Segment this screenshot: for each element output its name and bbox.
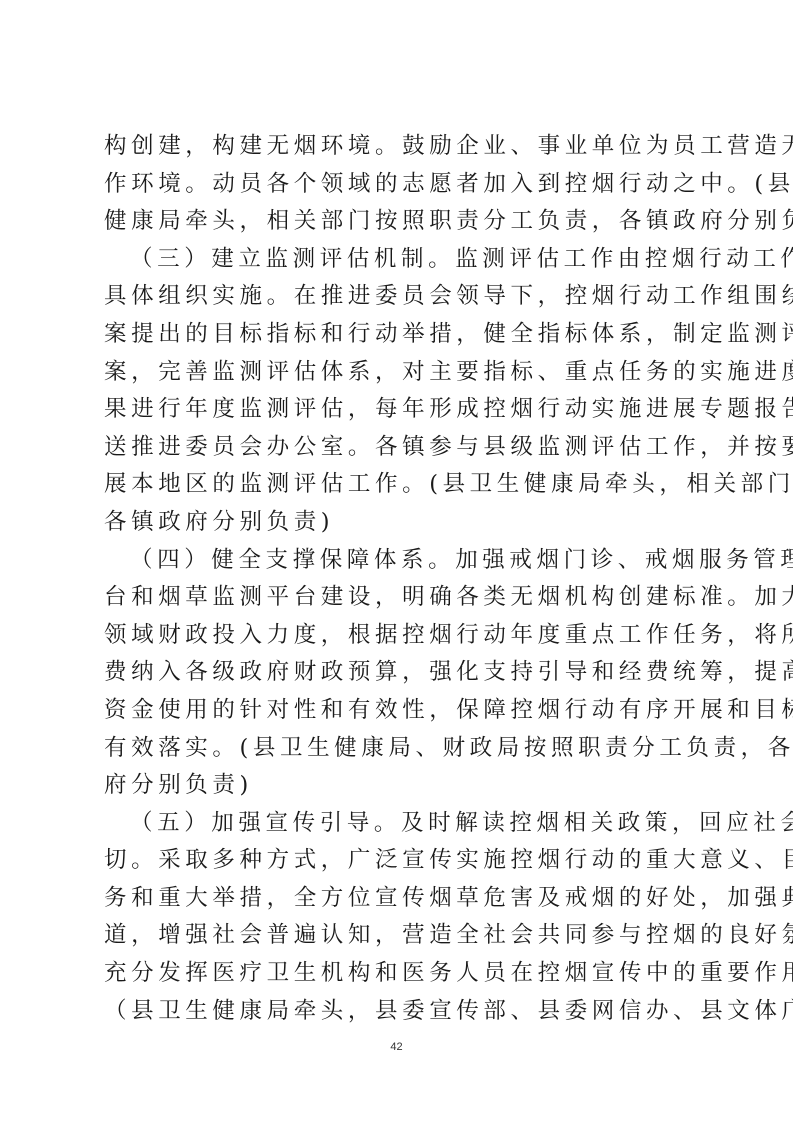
- text-line: 构创建，构建无烟环境。鼓励企业、事业单位为员工营造无烟工: [104, 128, 690, 166]
- text-line: 展本地区的监测评估工作。(县卫生健康局牵头，相关部门配合，: [104, 466, 690, 504]
- text-line: 充分发挥医疗卫生机构和医务人员在控烟宣传中的重要作用。: [104, 955, 690, 993]
- section-heading-line: （四）健全支撑保障体系。加强戒烟门诊、戒烟服务管理平: [104, 542, 690, 580]
- text-line: 有效落实。(县卫生健康局、财政局按照职责分工负责，各镇政: [104, 730, 690, 768]
- page-number: 42: [0, 1041, 793, 1053]
- text-line: 道，增强社会普遍认知，营造全社会共同参与控烟的良好氛围。: [104, 917, 690, 955]
- text-line: 费纳入各级政府财政预算，强化支持引导和经费统筹，提高项目: [104, 654, 690, 692]
- text-line: 领域财政投入力度，根据控烟行动年度重点工作任务，将所需经: [104, 617, 690, 655]
- section-heading-line: （三）建立监测评估机制。监测评估工作由控烟行动工作组: [104, 241, 690, 279]
- text-line: 切。采取多种方式，广泛宣传实施控烟行动的重大意义、目标任: [104, 842, 690, 880]
- text-line: 具体组织实施。在推进委员会领导下，控烟行动工作组围绕本方: [104, 278, 690, 316]
- text-line: 果进行年度监测评估，每年形成控烟行动实施进展专题报告，报: [104, 391, 690, 429]
- text-line: 府分别负责): [104, 767, 690, 805]
- section-heading-line: （五）加强宣传引导。及时解读控烟相关政策，回应社会关: [104, 805, 690, 843]
- body-text: 构创建，构建无烟环境。鼓励企业、事业单位为员工营造无烟工 作环境。动员各个领域的…: [104, 128, 690, 1030]
- document-page: 构创建，构建无烟环境。鼓励企业、事业单位为员工营造无烟工 作环境。动员各个领域的…: [0, 0, 793, 1122]
- text-line: 案，完善监测评估体系，对主要指标、重点任务的实施进度和效: [104, 354, 690, 392]
- text-line: 送推进委员会办公室。各镇参与县级监测评估工作，并按要求开: [104, 429, 690, 467]
- text-line: 作环境。动员各个领域的志愿者加入到控烟行动之中。(县卫生: [104, 166, 690, 204]
- text-line: 各镇政府分别负责): [104, 504, 690, 542]
- text-line: 台和烟草监测平台建设，明确各类无烟机构创建标准。加大控烟: [104, 579, 690, 617]
- text-line: 健康局牵头，相关部门按照职责分工负责，各镇政府分别负责): [104, 203, 690, 241]
- text-line: 资金使用的针对性和有效性，保障控烟行动有序开展和目标任务: [104, 692, 690, 730]
- text-line: 务和重大举措，全方位宣传烟草危害及戒烟的好处，加强典型报: [104, 880, 690, 918]
- text-line: （县卫生健康局牵头，县委宣传部、县委网信办、县文体广电和: [104, 993, 690, 1031]
- text-line: 案提出的目标指标和行动举措，健全指标体系，制定监测评估方: [104, 316, 690, 354]
